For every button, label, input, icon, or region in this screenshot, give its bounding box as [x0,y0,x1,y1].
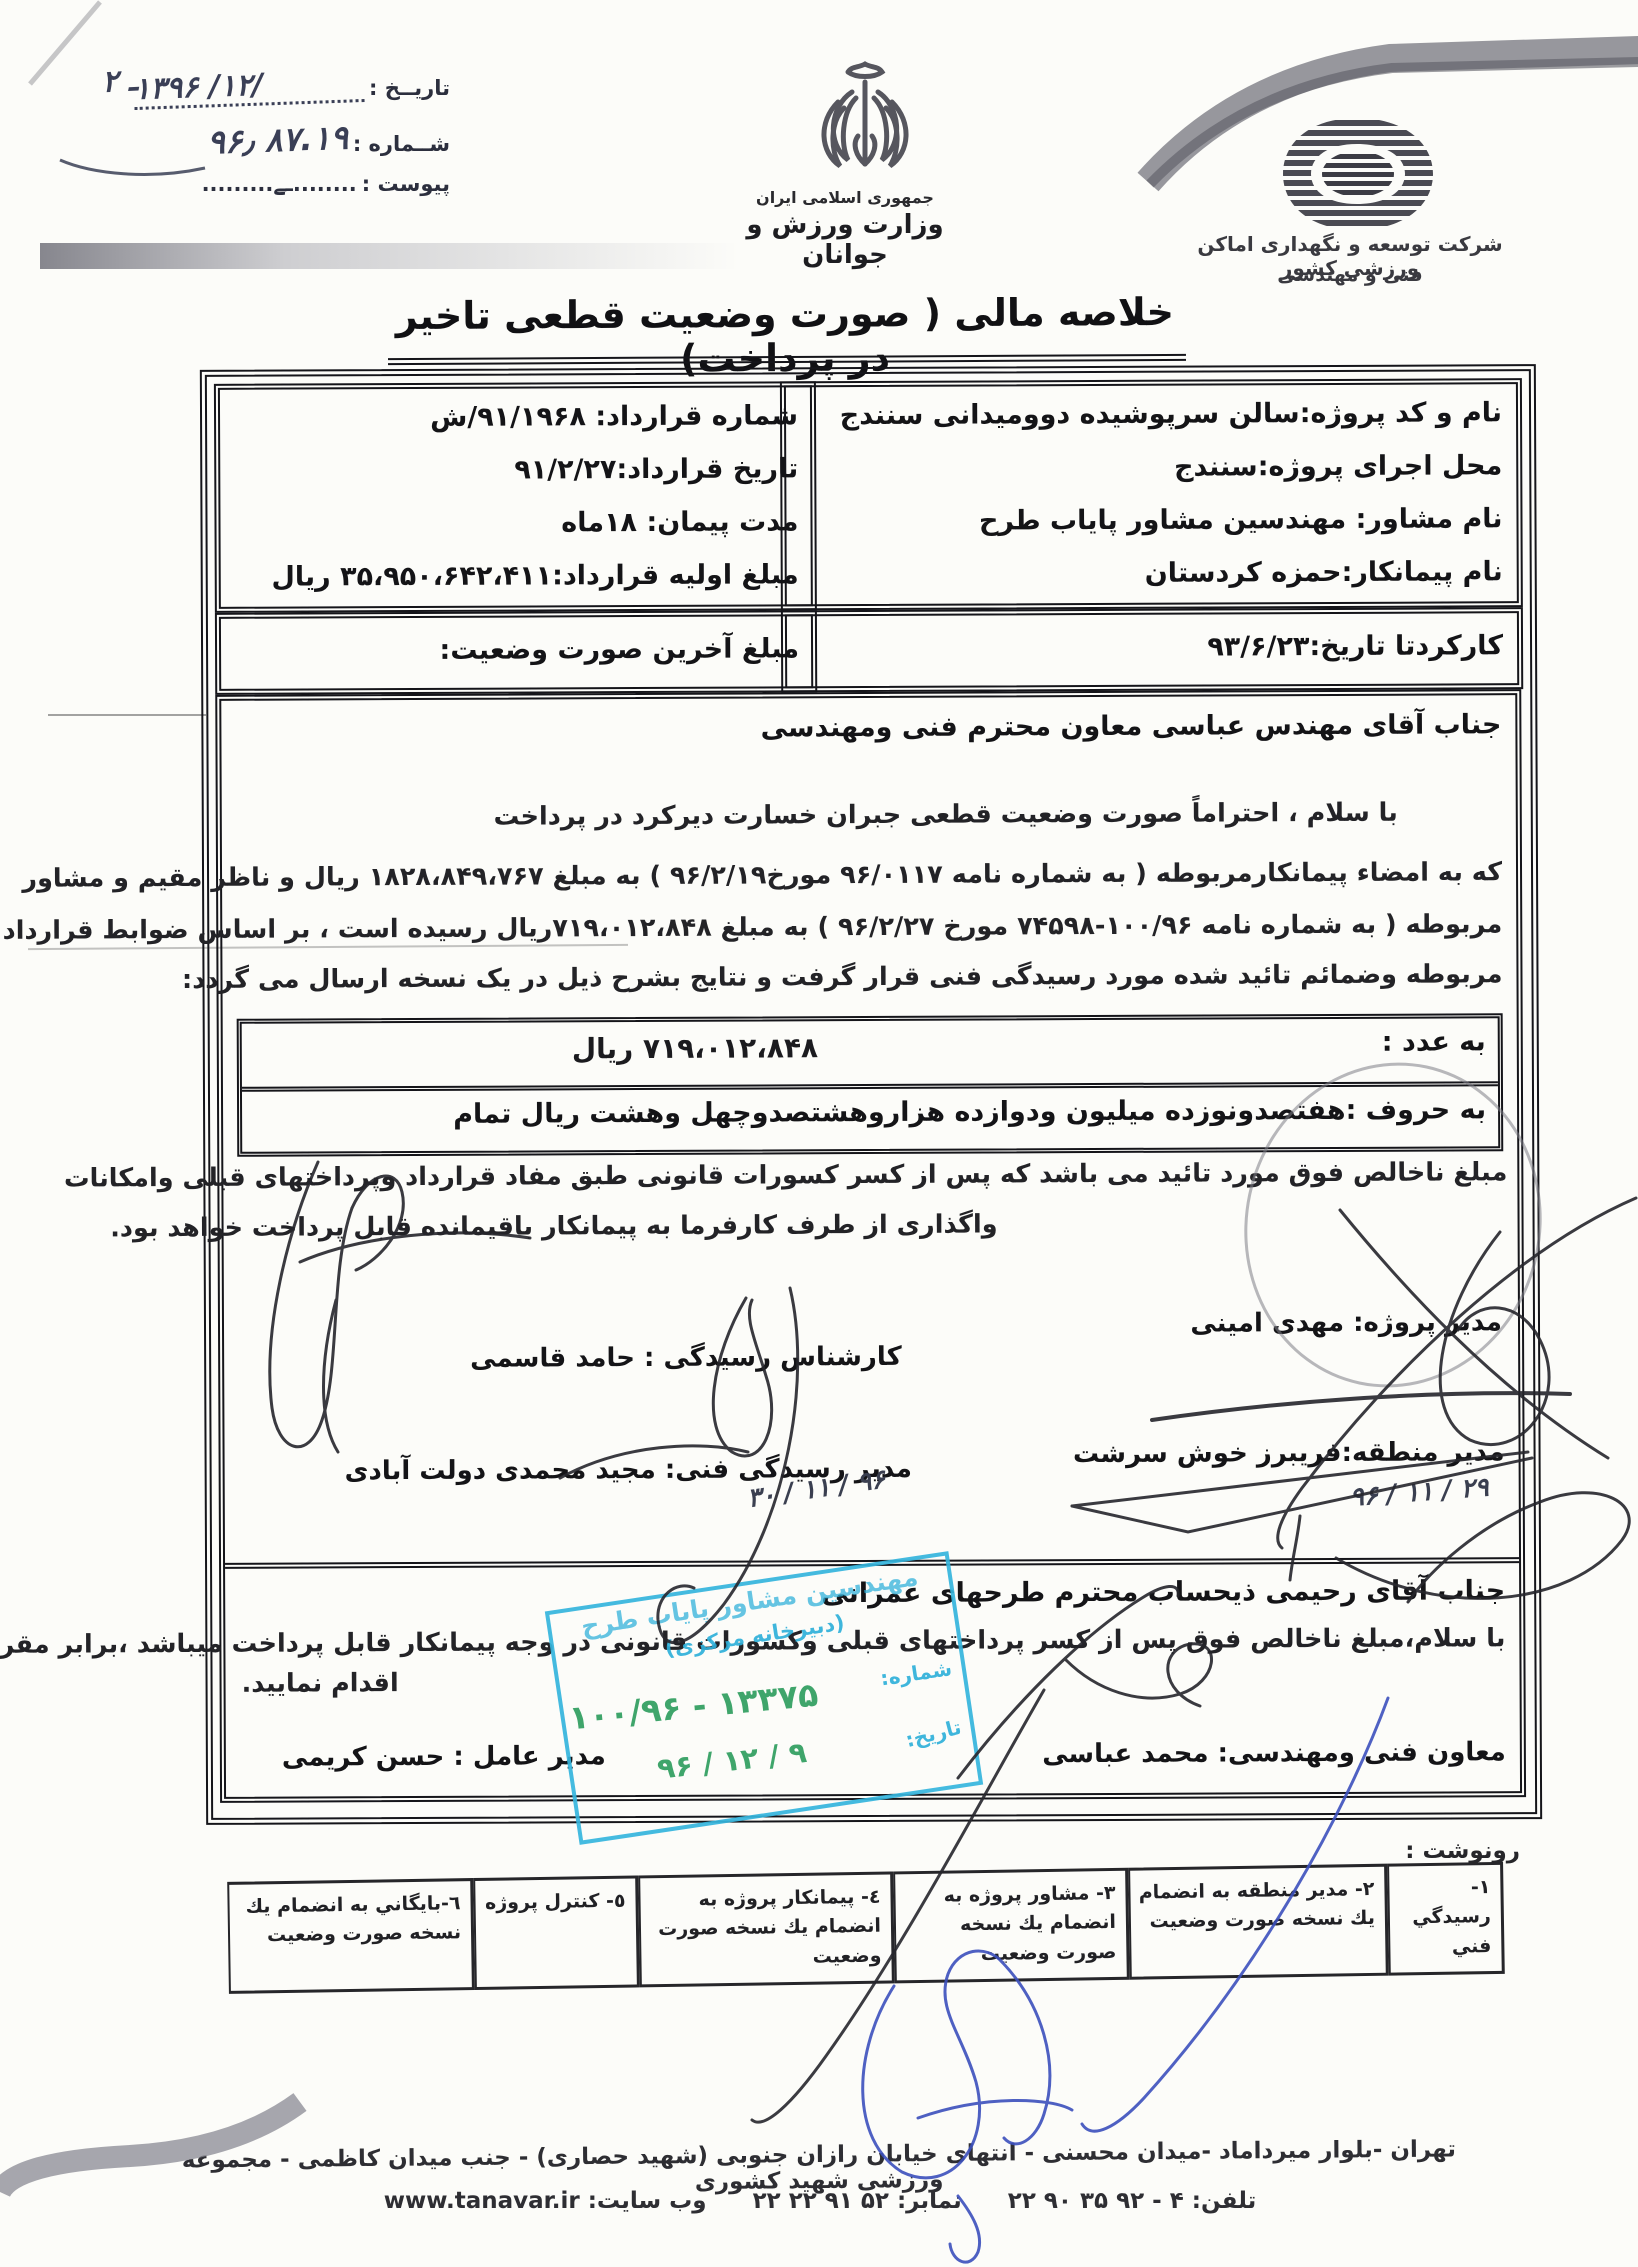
scanned-document-page: تاریــخ : ۱۳۹۶ /۱۲/ ـ ۲ شــماره : ۹۶٫ ۸۷… [0,0,1638,2267]
amount-words-value: هفتصدونوزده میلیون ودوازده هزاروهشتصدوچه… [453,1095,1346,1130]
copy-item-3: ٣- مشاور پروژه به انضمام يك نسخه صورت وض… [893,1868,1130,1984]
company-division: فنی و مهندسی [1240,264,1460,286]
iran-emblem-icon [800,52,930,192]
letter-line-4: مربوطه وضمائم تائید شده مورد رسیدگی فنی … [182,959,1503,995]
review-expert-name: کارشناس رسیدگی : حامد قاسمی [470,1342,902,1374]
contract-initial-amount: مبلغ اولیه قرارداد:۳۵،۹۵۰،۶۴۲،۴۱۱ ریال [225,548,799,604]
contract-date: تاریخ قرارداد:۹۱/۲/۲۷ [224,442,798,498]
scan-artifact-line [48,714,206,716]
deputy-name: معاون فنی ومهندسی: محمد عباسی [1042,1737,1506,1769]
company-logo-icon [1275,118,1440,230]
attachment-dots: ........ـے......... [202,172,357,196]
amount-numeric-row: به عدد : ۷۱۹،۰۱۲،۸۴۸ ریال [242,1018,1498,1091]
meta-number-row: شــماره : ۹۶٫ ۸۷.۱۹ [50,120,450,172]
handwritten-date: ۱۳۹۶ /۱۲/ [133,64,364,110]
letter-line-2: که به امضاء پیمانکارمربوطه ( به شماره نا… [22,857,1502,893]
meta-attachment-row: پیوست : ........ـے......... [50,172,450,212]
project-name: نام و کد پروژه:سالن سرپوشیده دوومیدانی س… [790,386,1502,442]
meta-date-row: تاریــخ : ۱۳۹۶ /۱۲/ ـ ۲ [50,68,450,120]
ministry-title: وزارت ورزش و جوانان [700,210,990,270]
letter-line-3: مربوطه ( به شماره نامه ۱۰۰/۹۶-۷۴۵۹۸ مورخ… [3,909,1503,946]
footer-contacts: تلفن: ۴ - ۹۲ ۳۵ ۹۰ ۲۲ نمابر: ۵۲ ۹۱ ۲۲ ۲۲… [250,2188,1390,2214]
footer-phone: تلفن: ۴ - ۹۲ ۳۵ ۹۰ ۲۲ [1008,2188,1256,2214]
footer-web: وب سایت: www.tanavar.ir [384,2188,707,2214]
handwritten-region-date: ۹۶ / ۱۱ / ۲۹ [1349,1473,1490,1513]
work-to-date: کارکردتا تاریخ:۹۳/۶/۲۳ [791,619,1503,675]
scan-artifact-gray-band [40,243,740,269]
last-statement-amount: مبلغ آخرین صورت وضعیت: [225,622,799,678]
stamp-number-label: شماره: [879,1656,954,1690]
copy-item-1: ١- رسيدگي فني [1387,1862,1505,1976]
last-statement-cell: مبلغ آخرین صورت وضعیت: [215,610,817,695]
contractor-name: نام پیمانکار:حمزه کردستان [791,545,1503,601]
consultant-name: نام مشاور: مهندسین مشاور پایاب طرح [790,492,1502,548]
handwritten-date-day: ـ ۲ [101,63,138,100]
copy-item-5: ٥- كنترل پروژه [473,1875,640,1990]
ceo-name: مدیر عامل : حسن کریمی [282,1741,606,1772]
contract-info-cell: شماره قرارداد: ۹۱/۱۹۶۸/ش تاریخ قرارداد:۹… [214,381,817,613]
copy-item-4: ٤- پيمانكار پروژه به انضمام يك نسخه صورت… [638,1871,895,1987]
date-label: تاریــخ : [369,76,450,100]
handwritten-number: ۹۶٫ ۸۷.۱۹ [206,118,348,162]
copy-item-6: ٦-بايگاني به انضمام يك نسخه صورت وضعيت [227,1878,475,1994]
amount-numeric-value: ۷۱۹،۰۱۲،۸۴۸ ریال [572,1031,818,1065]
stamp-date-label: تاریخ: [903,1715,964,1752]
attachment-label: پیوست : [362,172,450,196]
contract-duration: مدت پیمان: ۱۸ماه [224,495,798,551]
project-info-cell: نام و کد پروژه:سالن سرپوشیده دوومیدانی س… [780,378,1523,610]
stamp-handwritten-number: ۱۰۰/۹۶ - ۱۳۳۷۵ [567,1675,820,1738]
copy-item-2: ٢- مدير منطقه به انضمام يك نسخه صورت وضع… [1128,1864,1389,1980]
amount-numeric-label: به عدد : [1382,1026,1486,1057]
number-label: شــماره : [353,132,450,156]
region-manager-name: مدیر منطقه:فریبرز خوش سرشت [1073,1437,1505,1469]
project-location: محل اجرای پروژه:سنندج [790,439,1502,495]
footer-fax: نمابر: ۵۲ ۹۱ ۲۲ ۲۲ [753,2188,962,2214]
approval-line-2: واگذاری از طرف کارفرما به پیمانکار باقیم… [110,1209,998,1243]
copies-label: رونوشت : [1405,1838,1520,1864]
second-letter-body-2: اقدام نمایید. [241,1668,398,1699]
contract-number: شماره قرارداد: ۹۱/۱۹۶۸/ش [224,389,798,445]
letterhead-meta-block: تاریــخ : ۱۳۹۶ /۱۲/ ـ ۲ شــماره : ۹۶٫ ۸۷… [50,68,450,212]
copies-table: ١- رسيدگي فني ٢- مدير منطقه به انضمام يك… [211,1862,1505,1995]
letter-line-1: با سلام ، احتراماً صورت وضعیت قطعی جبران… [494,798,1398,832]
footer-web-url: www.tanavar.ir [384,2188,580,2214]
emblem-caption: جمهوری اسلامی ایران [740,188,950,207]
footer-web-label: وب سایت: [588,2188,707,2214]
letter-salutation: جناب آقای مهندس عباسی معاون محترم فنی وم… [761,709,1502,743]
work-to-date-cell: کارکردتا تاریخ:۹۳/۶/۲۳ [781,607,1523,692]
stamp-handwritten-date: ۹۶ / ۱۲ / ۹ [655,1735,808,1786]
